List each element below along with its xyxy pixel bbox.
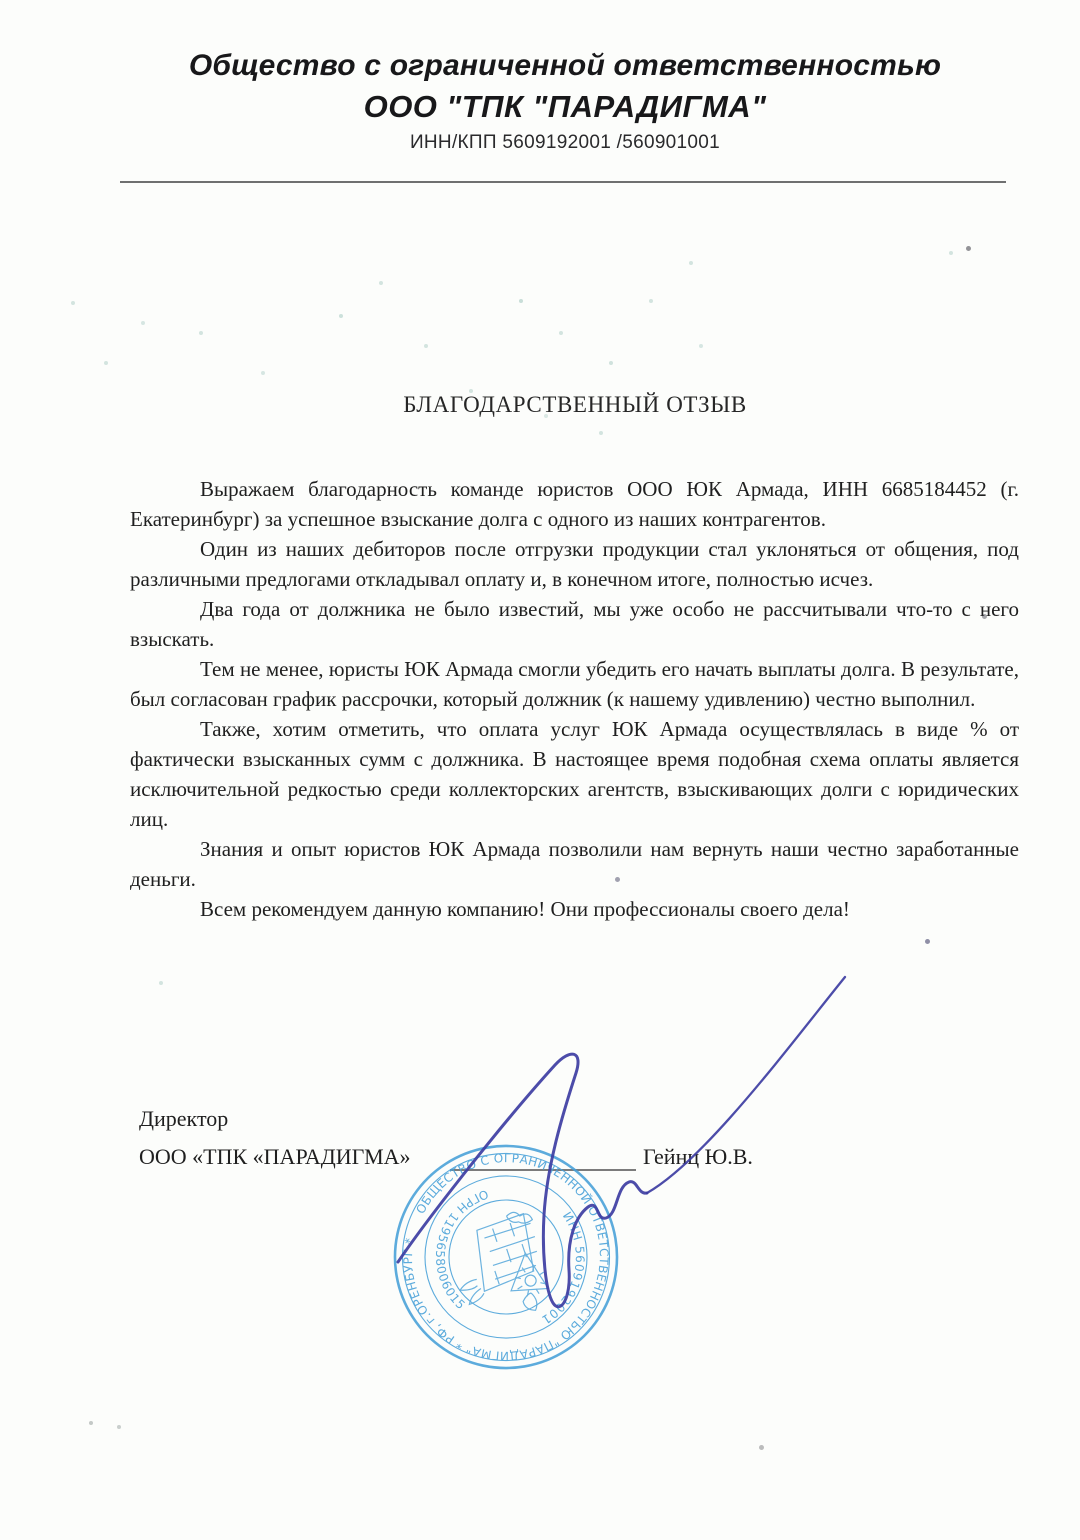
paragraph: Два года от должника не было известий, м… [130,594,1019,654]
paragraph: Выражаем благодарность команде юристов О… [130,474,1019,534]
letterhead: Общество с ограниченной ответственностью… [120,46,1010,158]
paragraph: Также, хотим отметить, что оплата услуг … [130,714,1019,834]
org-name-line: ООО "ТПК "ПАРАДИГМА" [120,86,1010,128]
paragraph: Один из наших дебиторов после отгрузки п… [130,534,1019,594]
letter-title: БЛАГОДАРСТВЕННЫЙ ОТЗЫВ [130,392,1020,418]
scanned-letter-page: Общество с ограниченной ответственностью… [0,0,1080,1540]
handwritten-signature [375,955,865,1335]
letter-body: Выражаем благодарность команде юристов О… [130,474,1019,924]
company-name: ООО «ТПК «ПАРАДИГМА» [139,1144,411,1170]
inn-kpp-line: ИНН/КПП 5609192001 /560901001 [120,128,1010,158]
paragraph: Знания и опыт юристов ЮК Армада позволил… [130,834,1019,894]
scan-noise [0,0,3,3]
director-label: Директор [139,1106,228,1132]
paragraph: Всем рекомендуем данную компанию! Они пр… [130,894,1019,924]
paragraph: Тем не менее, юристы ЮК Армада смогли уб… [130,654,1019,714]
header-divider [120,181,1006,183]
org-type-line: Общество с ограниченной ответственностью [120,46,1010,86]
